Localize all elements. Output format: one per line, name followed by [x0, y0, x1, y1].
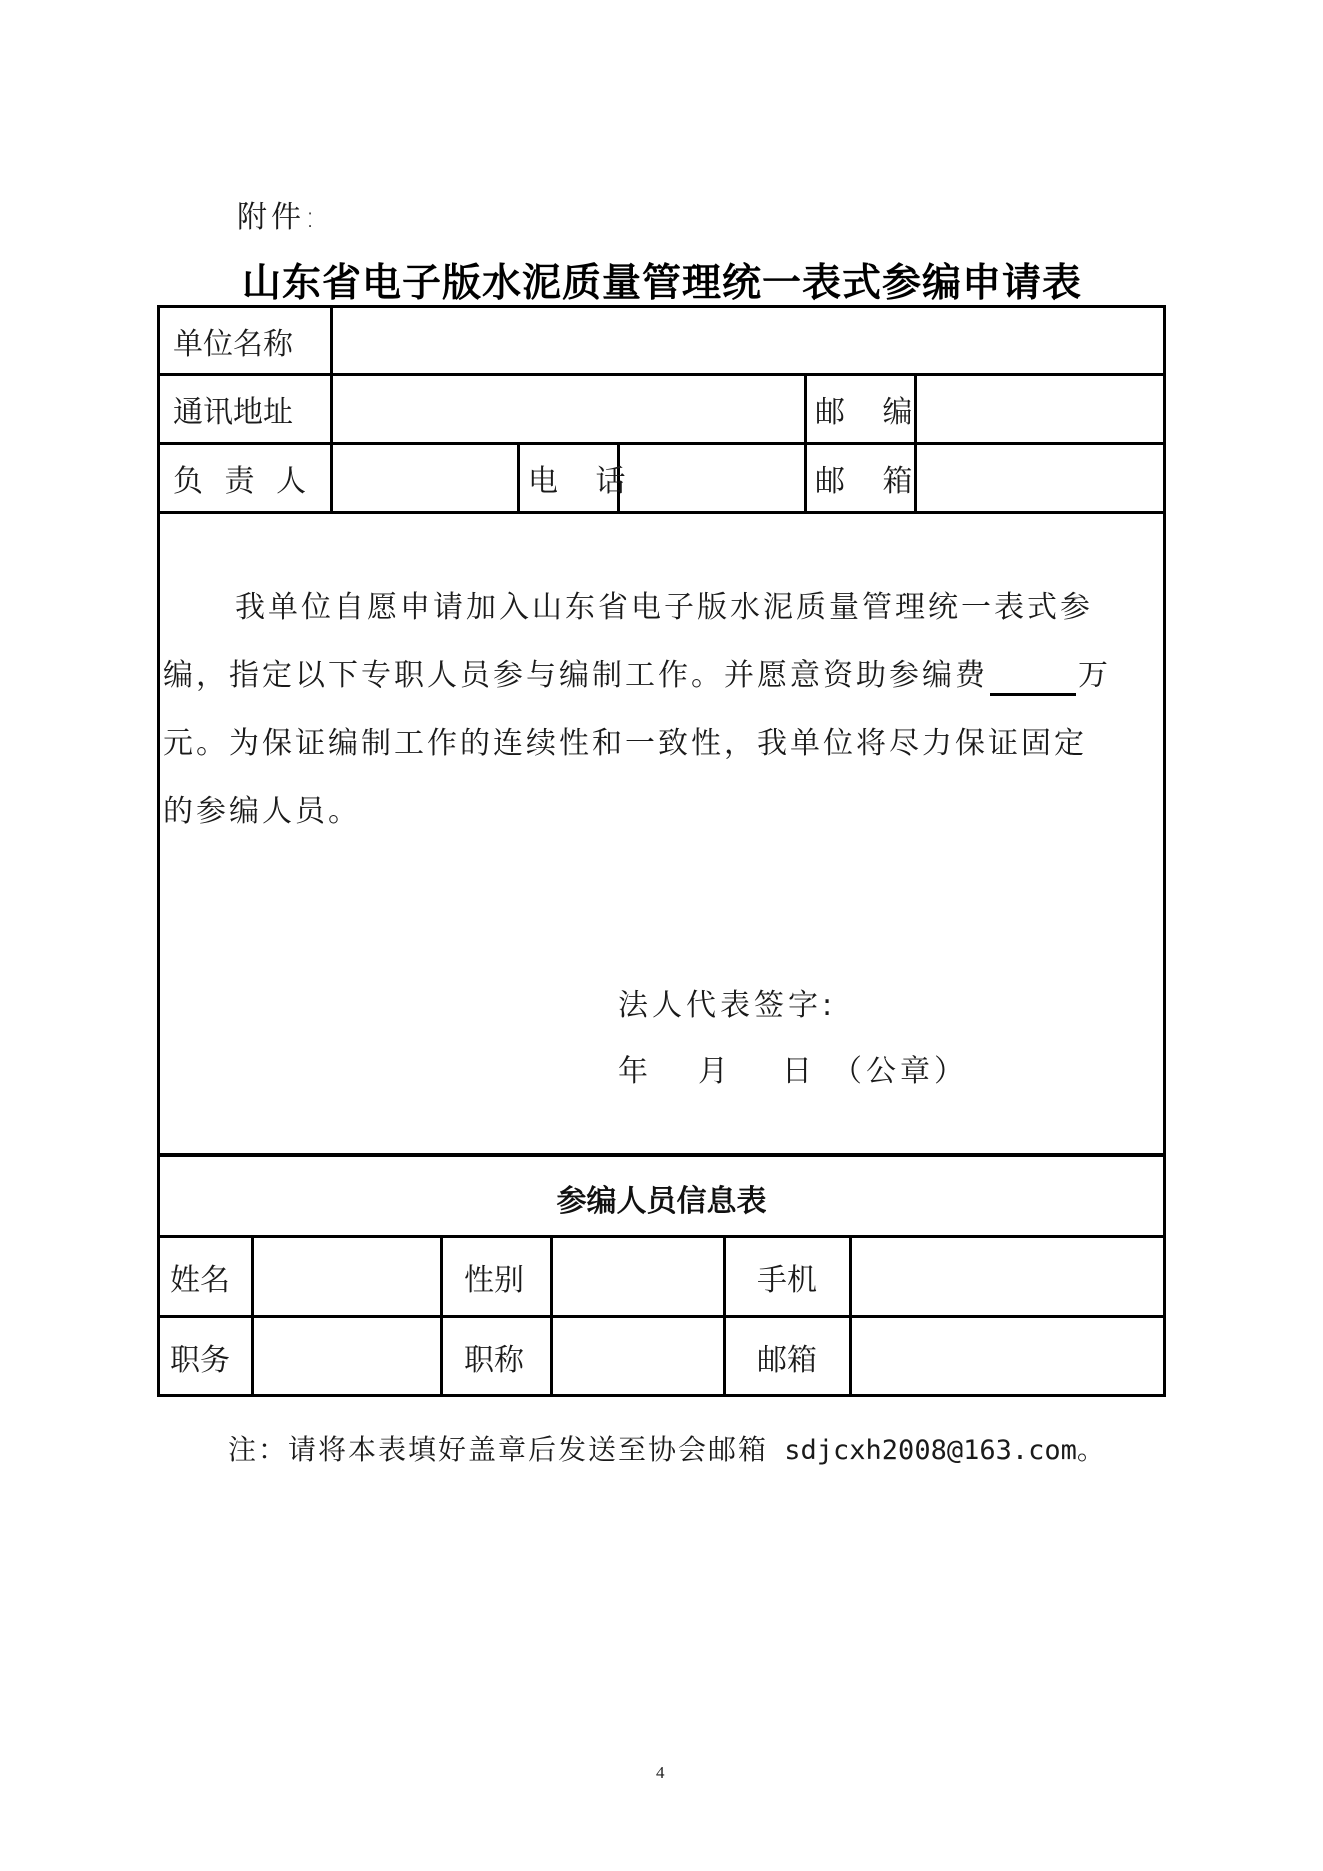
gender-label: 性别 — [464, 1238, 524, 1315]
name-label: 姓名 — [170, 1238, 230, 1315]
day-label: 日 — [782, 1046, 832, 1090]
email-label: 邮 箱 — [815, 445, 927, 511]
declaration-line-4: 的参编人员。 — [163, 778, 1163, 846]
postcode-field[interactable] — [917, 376, 1163, 442]
legal-representative-signature-label: 法人代表签字: — [618, 980, 836, 1024]
official-seal-label: （公章） — [832, 1046, 968, 1090]
sponsorship-fee-field[interactable] — [990, 663, 1076, 696]
submission-note: 注：请将本表填好盖章后发送至协会邮箱 sdjcxh2008@163.com。 — [228, 1428, 1107, 1468]
declaration-line-3: 元。为保证编制工作的连续性和一致性，我单位将尽力保证固定 — [163, 710, 1163, 778]
column-divider — [723, 1235, 726, 1397]
page-number: 4 — [656, 1763, 665, 1783]
declaration-line-1: 我单位自愿申请加入山东省电子版水泥质量管理统一表式参 — [163, 574, 1163, 642]
note-suffix: 。 — [1077, 1433, 1107, 1466]
month-label: 月 — [698, 1046, 782, 1090]
name-field[interactable] — [254, 1238, 440, 1315]
document-title: 山东省电子版水泥质量管理统一表式参编申请表 — [157, 252, 1167, 308]
note-text: 注：请将本表填好盖章后发送至协会邮箱 — [228, 1433, 768, 1466]
email-field[interactable] — [917, 445, 1163, 511]
mobile-field[interactable] — [852, 1238, 1163, 1315]
professional-title-field[interactable] — [553, 1318, 723, 1395]
address-field[interactable] — [333, 376, 804, 442]
address-label: 通讯地址 — [173, 376, 293, 442]
position-field[interactable] — [254, 1318, 440, 1395]
section-divider — [157, 1153, 1166, 1157]
column-divider — [804, 373, 807, 513]
personnel-info-title: 参编人员信息表 — [160, 1159, 1163, 1237]
postcode-label: 邮 编 — [815, 376, 927, 442]
person-in-charge-label: 负 责 人 — [173, 445, 312, 511]
unit-name-field[interactable] — [333, 308, 1163, 373]
professional-title-label: 职称 — [464, 1318, 524, 1395]
personnel-email-field[interactable] — [852, 1318, 1163, 1395]
association-email-link[interactable]: sdjcxh2008@163.com — [768, 1435, 1077, 1466]
person-in-charge-field[interactable] — [333, 445, 517, 511]
column-divider — [517, 442, 520, 513]
personnel-email-label: 邮箱 — [757, 1318, 817, 1395]
unit-name-label: 单位名称 — [173, 308, 293, 373]
gender-field[interactable] — [553, 1238, 723, 1315]
phone-field[interactable] — [620, 445, 804, 511]
row-divider — [157, 511, 1166, 514]
declaration-line-2: 编，指定以下专职人员参与编制工作。并愿意资助参编费万 — [163, 642, 1163, 710]
date-seal-row: 年 月 日 （公章） — [618, 1046, 968, 1090]
declaration-text: 我单位自愿申请加入山东省电子版水泥质量管理统一表式参 编，指定以下专职人员参与编… — [163, 574, 1163, 846]
attachment-label: 附件: — [237, 192, 319, 236]
mobile-label: 手机 — [757, 1238, 817, 1315]
year-label: 年 — [618, 1046, 698, 1090]
position-label: 职务 — [170, 1318, 230, 1395]
column-divider — [440, 1235, 443, 1397]
